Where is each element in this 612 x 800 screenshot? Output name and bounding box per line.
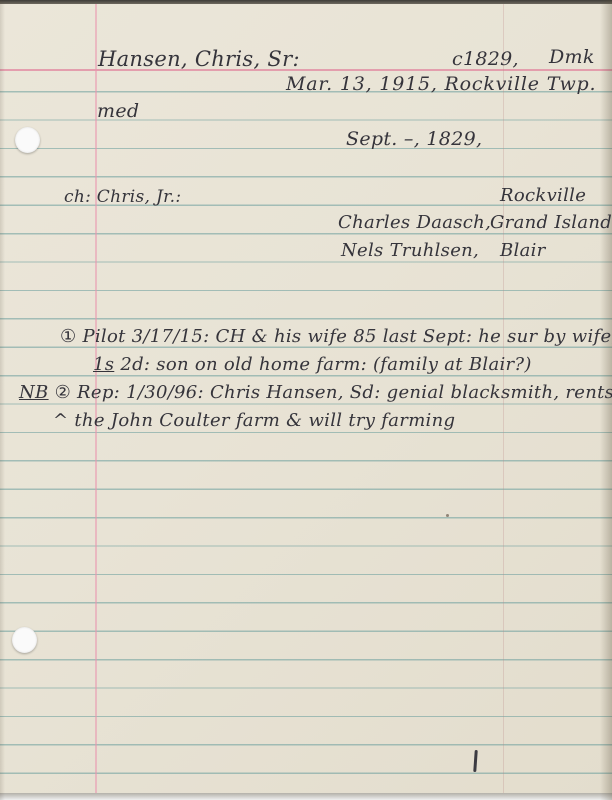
note-line-3: NB ② Rep: 1/30/96: Chris Hansen, Sd: gen… — [19, 382, 612, 403]
note-line-1: ① Pilot 3/17/15: CH & his wife 85 last S… — [60, 326, 612, 347]
contact-name: Charles Daasch, — [338, 212, 491, 233]
note-3-text: ② Rep: 1/30/96: Chris Hansen, Sd: genial… — [49, 382, 612, 403]
contact-place: Grand Island — [490, 212, 612, 233]
scan-edge-left — [0, 0, 5, 800]
note-2-underlined: 1s — [93, 354, 114, 375]
note-2-text: 2d: son on old home farm: (family at Bla… — [114, 354, 531, 375]
scan-edge-top — [0, 0, 612, 4]
contact-name: Nels Truhlsen, — [341, 240, 479, 261]
note-3-underlined: NB — [19, 382, 49, 403]
note-line-4: ^ the John Coulter farm & will try farmi… — [53, 410, 455, 431]
scanned-notebook-page: Hansen, Chris, Sr: c1829, Dmk Mar. 13, 1… — [0, 0, 612, 800]
death-date-place: Mar. 13, 1915, Rockville Twp. — [286, 73, 596, 95]
hole-punch-bottom — [12, 627, 37, 653]
origin-country: Dmk — [549, 46, 595, 68]
contact-place: Blair — [500, 240, 546, 261]
scan-edge-bottom — [0, 793, 612, 800]
birth-year: c1829, — [452, 48, 519, 70]
note-line-2: 1s 2d: son on old home farm: (family at … — [93, 354, 532, 375]
children-residence: Rockville — [500, 185, 586, 206]
hole-punch-top — [15, 127, 40, 153]
children-entry: ch: Chris, Jr.: — [64, 187, 181, 207]
pink-head-margin-line — [0, 69, 612, 71]
ink-speck — [446, 514, 449, 517]
stray-pen-mark — [473, 750, 477, 772]
wife-label: med — [97, 100, 139, 122]
wife-birth-date: Sept. –, 1829, — [346, 128, 482, 150]
name-entry: Hansen, Chris, Sr: — [98, 47, 300, 71]
